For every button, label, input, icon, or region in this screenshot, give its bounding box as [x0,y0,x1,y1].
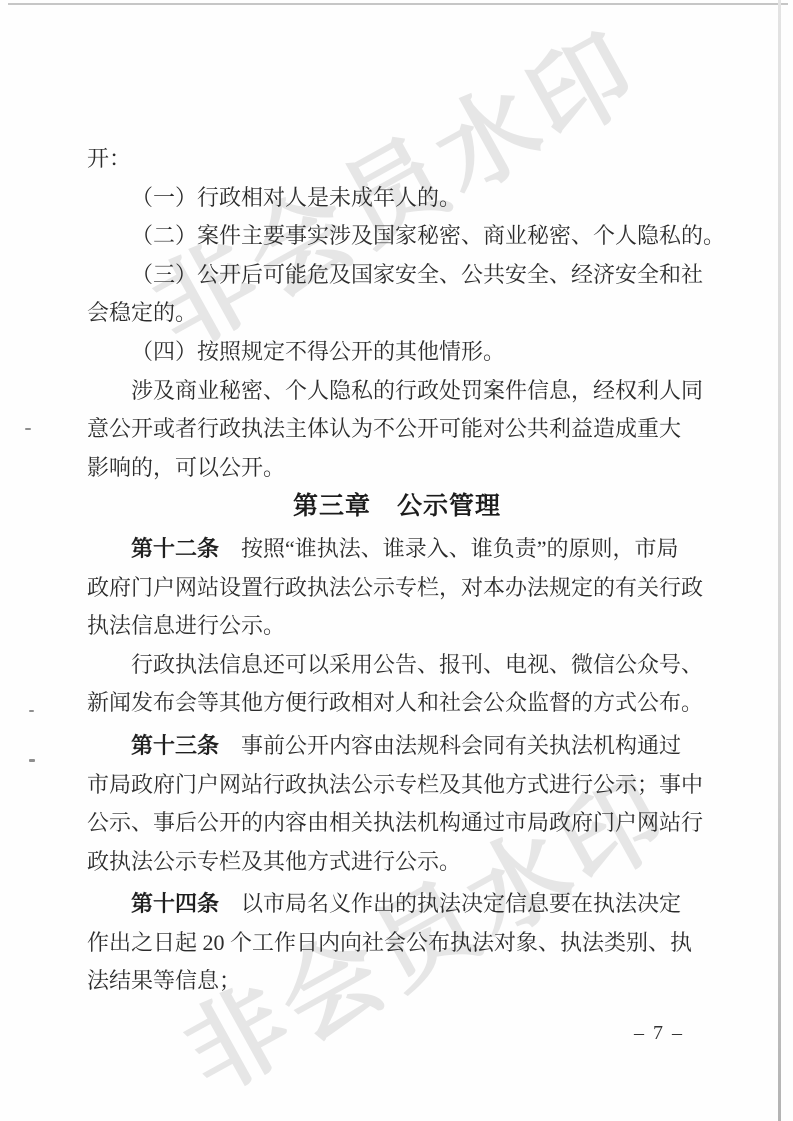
text-line: 政府门户网站设置行政执法公示专栏，对本办法规定的有关行政 [87,569,707,608]
text-line: 影响的，可以公开。 [87,449,707,488]
paragraph: 第十三条 事前公开内容由法规科会同有关执法机构通过市局政府门户网站行政执法公示专… [87,727,707,881]
paragraph: （一）行政相对人是未成年人的。 [87,179,707,218]
text-line: （四）按照规定不得公开的其他情形。 [87,333,707,372]
text-line: 法结果等信息； [87,962,707,1001]
scanned-document-page: 非会员水印 非会员水印 开：（一）行政相对人是未成年人的。（二）案件主要事实涉及… [0,0,793,1121]
paragraph: 行政执法信息还可以采用公告、报刊、电视、微信公众号、新闻发布会等其他方便行政相对… [87,646,707,723]
text-line: 会稳定的。 [87,294,707,333]
text-line: 作出之日起 20 个工作日内向社会公布执法对象、执法类别、执 [87,924,707,963]
text-line: 行政执法信息还可以采用公告、报刊、电视、微信公众号、 [87,646,707,685]
paragraph: （三）公开后可能危及国家安全、公共安全、经济安全和社会稳定的。 [87,256,707,333]
paragraph: 开： [87,140,707,179]
article-number: 第十二条 [131,537,219,562]
scan-edge-top-line [8,3,788,5]
margin-mark [29,759,35,762]
text-line: （二）案件主要事实涉及国家秘密、商业秘密、个人隐私的。 [87,217,707,256]
paragraph: （四）按照规定不得公开的其他情形。 [87,333,707,372]
paragraph: 第十四条 以市局名义作出的执法决定信息要在执法决定作出之日起 20 个工作日内向… [87,885,707,1001]
document-body: 开：（一）行政相对人是未成年人的。（二）案件主要事实涉及国家秘密、商业秘密、个人… [87,140,707,1001]
paragraph: 涉及商业秘密、个人隐私的行政处罚案件信息，经权利人同意公开或者行政执法主体认为不… [87,372,707,488]
paragraph: （二）案件主要事实涉及国家秘密、商业秘密、个人隐私的。 [87,217,707,256]
text-line: 新闻发布会等其他方便行政相对人和社会公众监督的方式公布。 [87,684,707,723]
text-line: 执法信息进行公示。 [87,607,707,646]
text-line: 意公开或者行政执法主体认为不公开可能对公共利益造成重大 [87,410,707,449]
text-line: 市局政府门户网站行政执法公示专栏及其他方式进行公示；事中 [87,766,707,805]
text-line: （一）行政相对人是未成年人的。 [87,179,707,218]
margin-mark [25,428,31,430]
text-line: 涉及商业秘密、个人隐私的行政处罚案件信息，经权利人同 [87,372,707,411]
text-line: 第十四条 以市局名义作出的执法决定信息要在执法决定 [87,885,707,924]
article-number: 第十四条 [131,892,219,917]
text-line: 公示、事后公开的内容由相关执法机构通过市局政府门户网站行 [87,804,707,843]
page-number: – 7 – [609,1022,709,1045]
text-line: （三）公开后可能危及国家安全、公共安全、经济安全和社 [87,256,707,295]
text-line: 开： [87,140,707,179]
paragraph: 第十二条 按照“谁执法、谁录入、谁负责”的原则，市局政府门户网站设置行政执法公示… [87,530,707,646]
scan-edge-right-line [778,0,781,1121]
text-line: 第十三条 事前公开内容由法规科会同有关执法机构通过 [87,727,707,766]
article-number: 第十三条 [131,734,219,759]
text-line: 第十二条 按照“谁执法、谁录入、谁负责”的原则，市局 [87,530,707,569]
chapter-heading: 第三章 公示管理 [87,487,707,526]
text-line: 政执法公示专栏及其他方式进行公示。 [87,843,707,882]
margin-mark [29,710,34,712]
